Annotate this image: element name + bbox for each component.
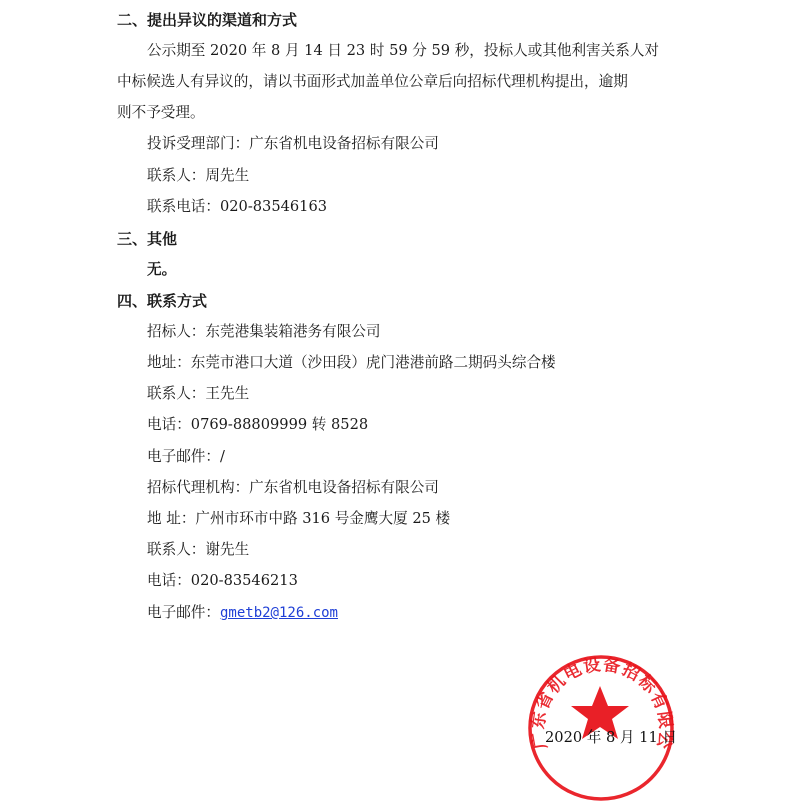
paragraph-line: 中标候选人有异议的，请以书面形式加盖单位公章后向招标代理机构提出，逾期 <box>117 72 628 92</box>
complaint-department: 投诉受理部门：广东省机电设备招标有限公司 <box>147 134 439 154</box>
tenderer-address: 地址：东莞市港口大道（沙田段）虎门港港前路二期码头综合楼 <box>147 353 556 373</box>
tenderer-phone: 电话：0769-88809999 转 8528 <box>147 415 368 435</box>
agency-name: 招标代理机构：广东省机电设备招标有限公司 <box>147 478 439 498</box>
section-heading-contact: 四、联系方式 <box>117 291 207 311</box>
section-heading-objection-channels: 二、提出异议的渠道和方式 <box>117 10 297 30</box>
contact-phone: 联系电话：020-83546163 <box>147 197 327 217</box>
other-content: 无。 <box>147 260 176 280</box>
agency-phone: 电话：020-83546213 <box>147 571 298 591</box>
agency-address: 地 址：广州市环市中路 316 号金鹰大厦 25 楼 <box>147 509 450 529</box>
signature-date: 2020 年 8 月 11 日 <box>545 728 677 748</box>
paragraph-line: 则不予受理。 <box>117 103 205 123</box>
contact-person: 联系人：周先生 <box>147 166 249 186</box>
tenderer-contact: 联系人：王先生 <box>147 384 249 404</box>
agency-email-label: 电子邮件： <box>147 604 220 621</box>
tenderer-email: 电子邮件：/ <box>147 447 225 467</box>
tenderer-name: 招标人：东莞港集装箱港务有限公司 <box>147 322 381 342</box>
agency-email-link[interactable]: gmetb2@126.com <box>220 605 338 621</box>
paragraph-line: 公示期至 2020 年 8 月 14 日 23 时 59 分 59 秒，投标人或… <box>147 41 659 61</box>
section-heading-other: 三、其他 <box>117 229 177 249</box>
agency-contact: 联系人：谢先生 <box>147 540 249 560</box>
agency-email-row: 电子邮件：gmetb2@126.com <box>147 603 338 623</box>
